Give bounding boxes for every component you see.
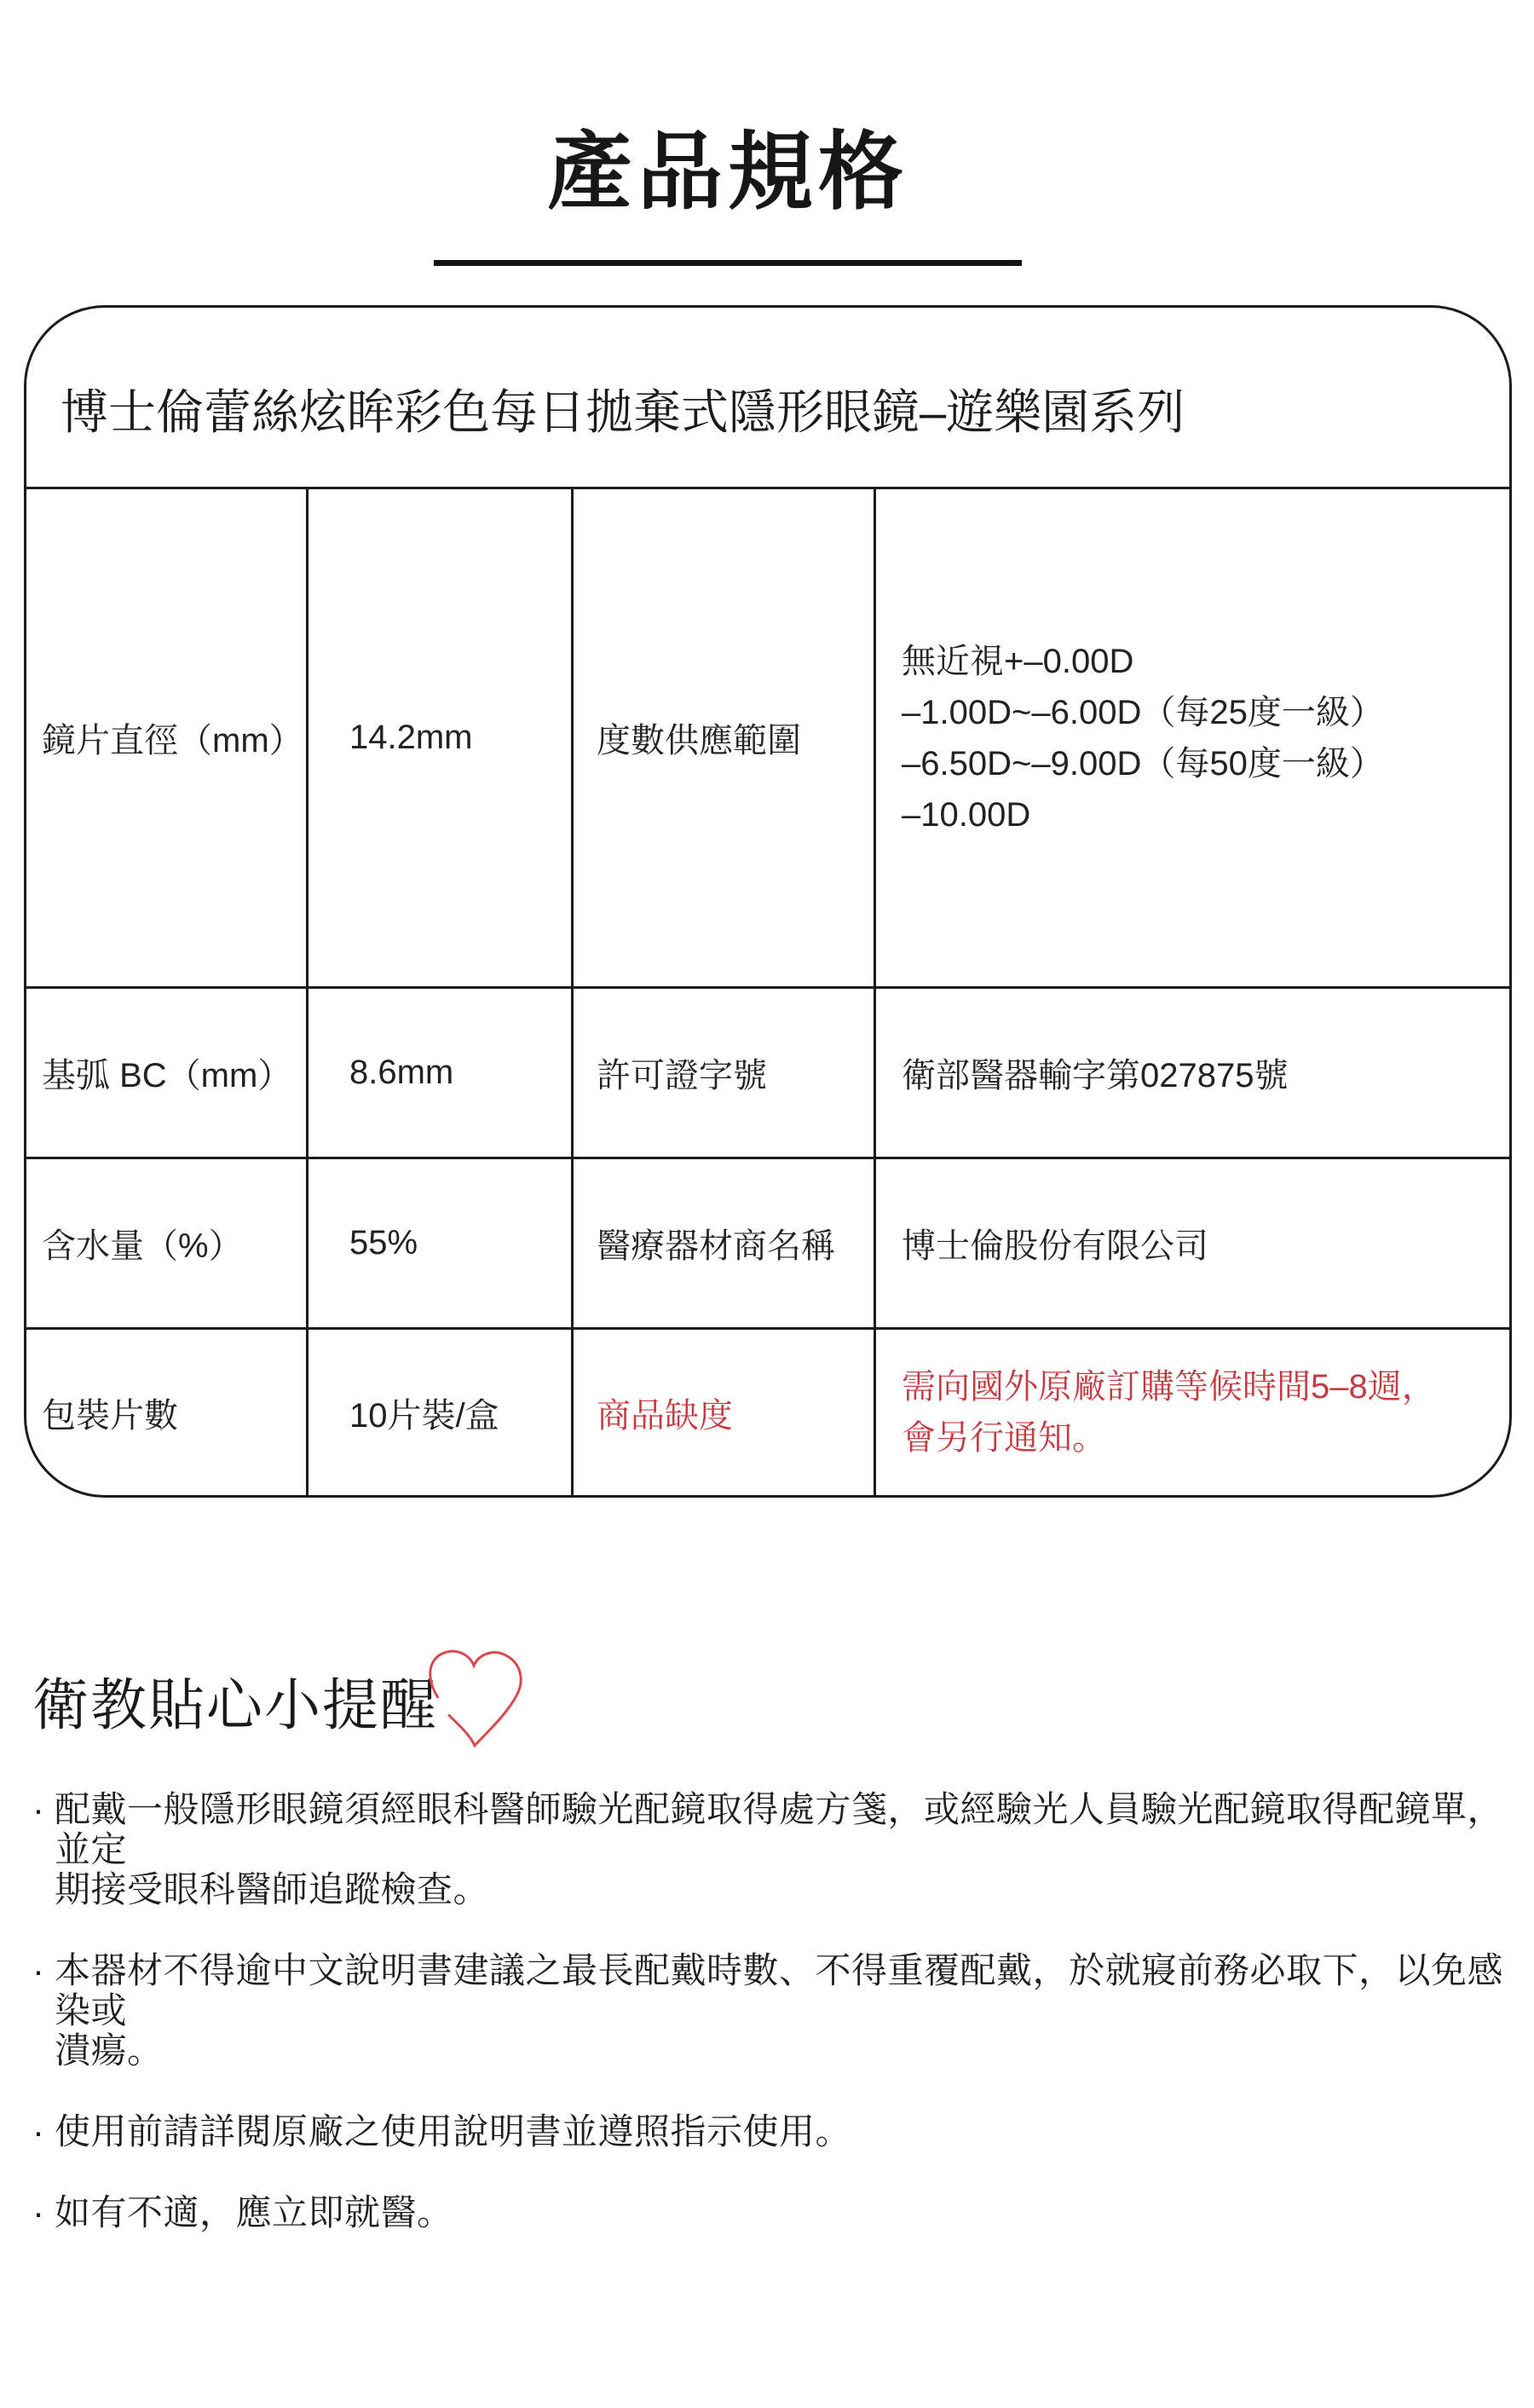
spec-value-pack-count: 10片裝/盒 [306, 1327, 571, 1495]
spec-value-lens-diameter: 14.2mm [306, 487, 571, 986]
heart-icon [420, 1648, 531, 1754]
bullet-text: 使用前請詳閱原廠之使用說明書並遵照指示使用。 [55, 2111, 851, 2151]
spec-label-shortage: 商品缺度 [571, 1327, 874, 1495]
spec-value-license-number: 衛部醫器輸字第027875號 [874, 986, 1509, 1157]
notes-heading-wrap: 衛教貼心小提醒 [32, 1667, 1507, 1743]
notes-heading: 衛教貼心小提醒 [32, 1667, 438, 1743]
spec-label-device-company: 醫療器材商名稱 [571, 1157, 874, 1327]
spec-value-power-range: 無近視+–0.00D–1.00D~–6.00D（每25度一級）–6.50D~–9… [902, 636, 1384, 840]
bullet-text: 本器材不得逾中文說明書建議之最長配戴時數、不得重覆配戴，於就寢前務必取下，以免感… [55, 1950, 1503, 2070]
bullet-dot: · [32, 1789, 45, 1829]
spec-label-water-content: 含水量（%） [26, 1157, 306, 1327]
bullet-dot: · [32, 2192, 45, 2232]
spec-label-base-curve: 基弧 BC（mm） [26, 986, 306, 1157]
spec-label-lens-diameter: 鏡片直徑（mm） [26, 487, 306, 986]
bullet-dot: · [32, 2111, 45, 2151]
bullet-wear-time: ·本器材不得逾中文說明書建議之最長配戴時數、不得重覆配戴，於就寢前務必取下，以免… [32, 1950, 1507, 2070]
bullet-text: 如有不適，應立即就醫。 [55, 2192, 453, 2232]
bullet-text: 配戴一般隱形眼鏡須經眼科醫師驗光配鏡取得處方箋，或經驗光人員驗光配鏡取得配鏡單，… [55, 1789, 1503, 1909]
product-name: 博士倫蕾絲炫眸彩色每日拋棄式隱形眼鏡–遊樂園系列 [26, 308, 1509, 487]
spec-value-base-curve: 8.6mm [306, 986, 571, 1157]
spec-label-pack-count: 包裝片數 [26, 1327, 306, 1495]
page-header: 產品規格 [0, 111, 1456, 266]
bullet-dot: · [32, 1950, 45, 1990]
bullet-see-doctor: ·如有不適，應立即就醫。 [32, 2192, 1507, 2232]
bullet-list: ·配戴一般隱形眼鏡須經眼科醫師驗光配鏡取得處方箋，或經驗光人員驗光配鏡取得配鏡單… [32, 1789, 1507, 2232]
spec-table: 博士倫蕾絲炫眸彩色每日拋棄式隱形眼鏡–遊樂園系列 鏡片直徑（mm） 14.2mm… [24, 305, 1512, 1498]
spec-value-shortage-note: 需向國外原廠訂購等候時間5–8週，會另行通知。 [902, 1361, 1436, 1464]
spec-sheet-page: { "page": { "title": "產品規格" }, "table": … [0, 111, 1534, 2408]
spec-value-water-content: 55% [306, 1157, 571, 1327]
bullet-prescription: ·配戴一般隱形眼鏡須經眼科醫師驗光配鏡取得處方箋，或經驗光人員驗光配鏡取得配鏡單… [32, 1789, 1507, 1909]
spec-label-license-number: 許可證字號 [571, 986, 874, 1157]
health-notes-section: 衛教貼心小提醒 ·配戴一般隱形眼鏡須經眼科醫師驗光配鏡取得處方箋，或經驗光人員驗… [32, 1667, 1507, 2232]
spec-label-power-range: 度數供應範圍 [571, 487, 874, 986]
title-underline [434, 260, 1022, 266]
page-title: 產品規格 [0, 111, 1456, 234]
spec-value-device-company: 博士倫股份有限公司 [874, 1157, 1509, 1327]
bullet-read-manual: ·使用前請詳閱原廠之使用說明書並遵照指示使用。 [32, 2111, 1507, 2151]
